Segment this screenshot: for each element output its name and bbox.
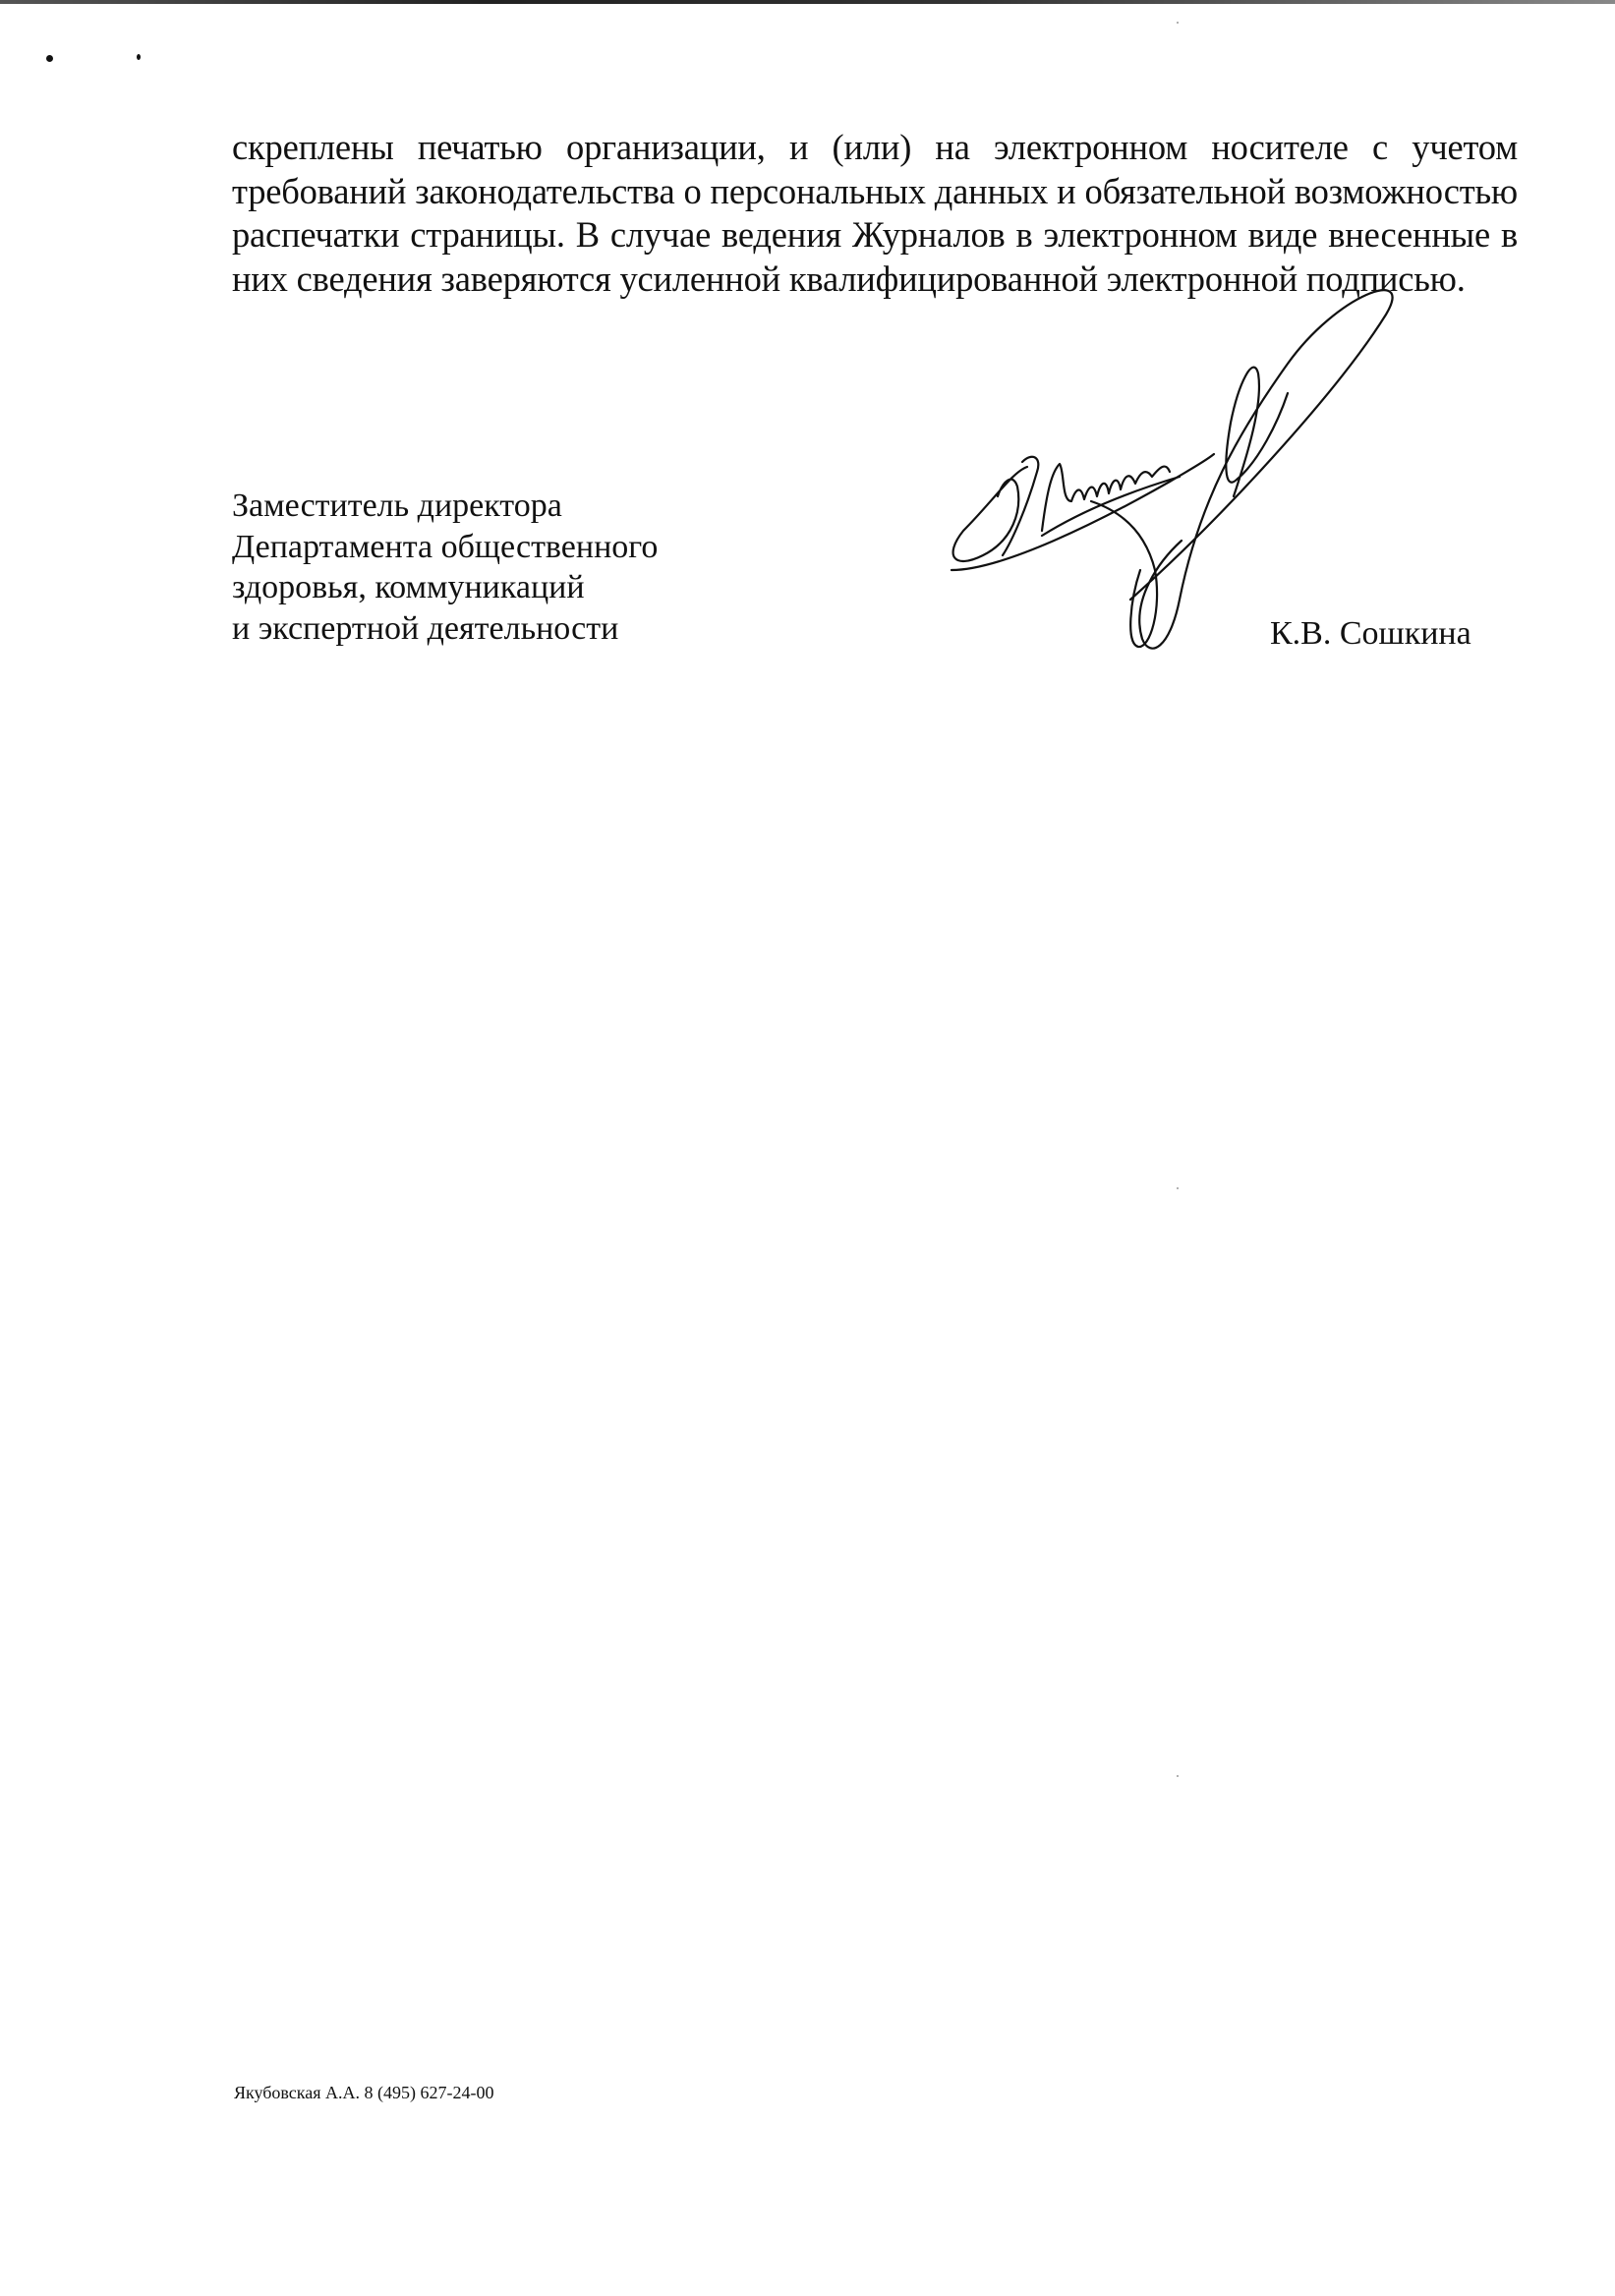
scan-mark: [137, 54, 141, 60]
title-line: и экспертной деятельности: [232, 608, 658, 650]
scan-edge: [0, 0, 1615, 4]
signature-icon: [924, 275, 1533, 668]
scan-speck: [1177, 22, 1179, 24]
signatory-name: К.В. Сошкина: [1270, 613, 1471, 655]
scan-speck: [1177, 1775, 1179, 1777]
scan-speck: [1177, 1187, 1179, 1189]
footer-contact: Якубовская А.А. 8 (495) 627-24-00: [234, 2082, 494, 2103]
title-line: Заместитель директора: [232, 486, 658, 527]
signatory-title: Заместитель директора Департамента общес…: [232, 486, 658, 649]
scan-mark: [46, 55, 53, 62]
title-line: здоровья, коммуникаций: [232, 567, 658, 608]
title-line: Департамента общественного: [232, 527, 658, 568]
